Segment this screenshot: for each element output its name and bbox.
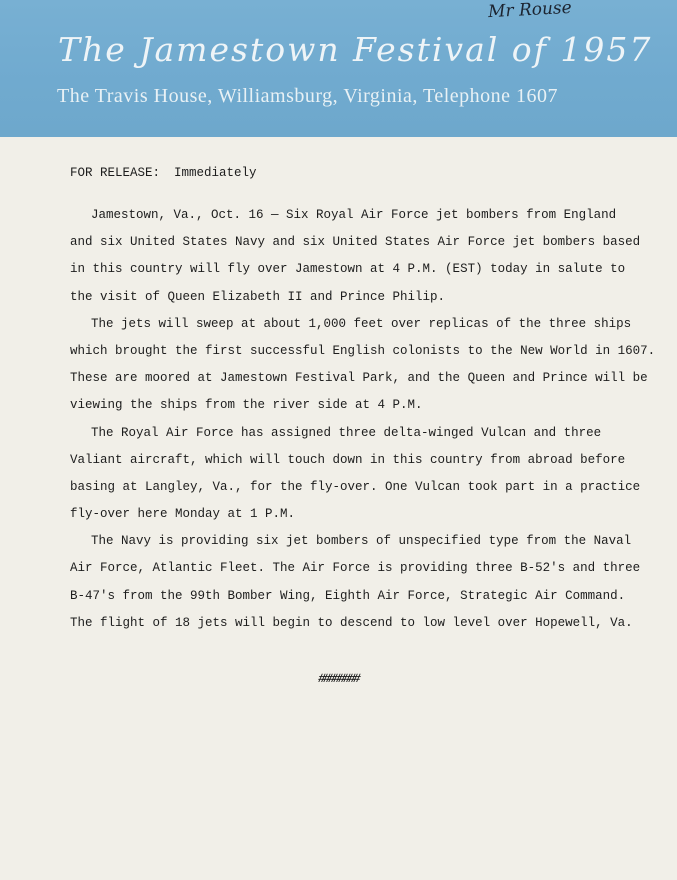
letterhead-band: The Jamestown Festival of 1957 The Travi… <box>0 0 677 137</box>
text-line: viewing the ships from the river side at… <box>70 395 630 422</box>
text-line: basing at Langley, Va., for the fly-over… <box>70 477 630 504</box>
text-line: Air Force, Atlantic Fleet. The Air Force… <box>70 558 630 585</box>
text-line: The Navy is providing six jet bombers of… <box>70 531 630 558</box>
text-line: The jets will sweep at about 1,000 feet … <box>70 314 630 341</box>
letterhead-title: The Jamestown Festival of 1957 <box>58 30 652 69</box>
text-line: Jamestown, Va., Oct. 16 — Six Royal Air … <box>70 205 630 232</box>
text-line: in this country will fly over Jamestown … <box>70 259 630 286</box>
release-value: Immediately <box>174 166 257 180</box>
paragraph: The Royal Air Force has assigned three d… <box>70 423 630 532</box>
text-line: fly-over here Monday at 1 P.M. <box>70 504 630 531</box>
release-line: FOR RELEASE:Immediately <box>70 166 257 180</box>
text-line: The Royal Air Force has assigned three d… <box>70 423 630 450</box>
release-label: FOR RELEASE: <box>70 166 160 180</box>
paragraph: The jets will sweep at about 1,000 feet … <box>70 314 630 423</box>
paragraph: Jamestown, Va., Oct. 16 — Six Royal Air … <box>70 205 630 314</box>
letterhead-subtitle: The Travis House, Williamsburg, Virginia… <box>57 85 558 108</box>
text-line: These are moored at Jamestown Festival P… <box>70 368 630 395</box>
paragraph: The Navy is providing six jet bombers of… <box>70 531 630 640</box>
text-line: which brought the first successful Engli… <box>70 341 630 368</box>
handwritten-note: Mr Rouse <box>488 0 573 22</box>
text-line: The flight of 18 jets will begin to desc… <box>70 613 630 640</box>
text-line: B-47's from the 99th Bomber Wing, Eighth… <box>70 586 630 613</box>
end-mark: ######## <box>317 672 360 686</box>
text-line: Valiant aircraft, which will touch down … <box>70 450 630 477</box>
press-release-body: Jamestown, Va., Oct. 16 — Six Royal Air … <box>70 205 630 640</box>
text-line: and six United States Navy and six Unite… <box>70 232 630 259</box>
text-line: the visit of Queen Elizabeth II and Prin… <box>70 287 630 314</box>
